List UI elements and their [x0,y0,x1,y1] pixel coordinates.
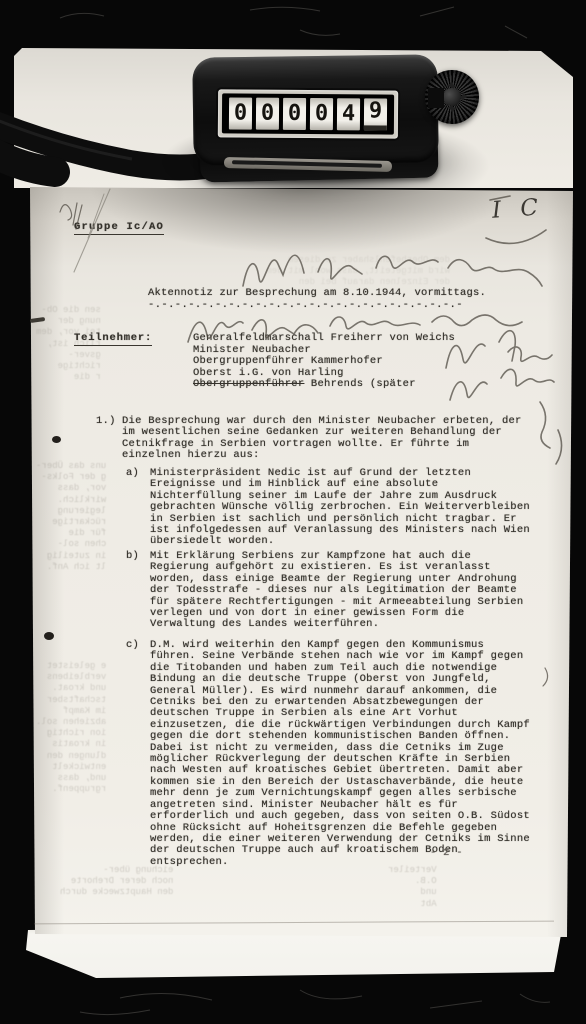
digit-cell-rolling: 9 [364,98,387,130]
digit-cell: 4 [337,98,360,130]
participants-label: Teilnehmer: [74,333,152,344]
sub-item-b-paragraph: Mit Erklärung Serbiens zur Kampfzone hat… [150,551,532,631]
digit-cell: 0 [229,97,252,129]
participants-label-text: Teilnehmer: [74,332,152,346]
counter-digits: 0 0 0 0 4 9 [222,93,394,134]
participant-row: Generalfeldmarschall Freiherr von Weichs [193,333,523,344]
counter-digit-window: 0 0 0 0 4 9 [218,89,398,138]
knob-hub [443,88,462,107]
digit: 9 [364,98,387,127]
memo-title: Aktennotiz zur Besprechung am 8.10.1944,… [148,288,486,299]
sub-item-c-paragraph: D.M. wird weiterhin den Kampf gegen den … [150,640,534,868]
knob-stem [428,88,444,108]
item-number: 1.) [96,416,116,427]
digit-cell: 0 [256,98,279,130]
sub-item-label: c) [126,640,139,651]
title-underline: -.-.-.-.-.-.-.-.-.-.-.-.-.-.-.-.-.-.-.-.… [148,300,463,311]
sub-item-label: b) [126,551,139,562]
struck-rank: Obergruppenführer [193,378,304,390]
digit-cell: 0 [283,98,306,130]
handwritten-corner-mark: I C [491,194,545,224]
group-header: Gruppe Ic/AO [74,222,164,233]
page-number: - 2 - [430,848,463,859]
sub-item-label: a) [126,468,139,479]
participant-name: Behrends (später [304,378,415,390]
sub-item-a-paragraph: Ministerpräsident Nedic ist auf Grund de… [150,468,532,548]
mechanical-page-counter: 0 0 0 0 4 9 [0,0,586,200]
ink-blob [52,436,61,443]
group-header-text: Gruppe Ic/AO [74,221,164,235]
ink-blob [44,632,54,640]
item-1-paragraph: Die Besprechung war durch den Minister N… [122,416,526,462]
participant-row: Obergruppenführer Kammerhofer [193,356,523,367]
archival-photo-frame: dem Oberbefehlshaber zu diesem wird mitg… [0,0,586,1024]
digit-cell: 0 [310,98,333,130]
participant-row: Obergruppenführer Behrends (später [193,379,523,390]
slot-inner [232,160,382,168]
